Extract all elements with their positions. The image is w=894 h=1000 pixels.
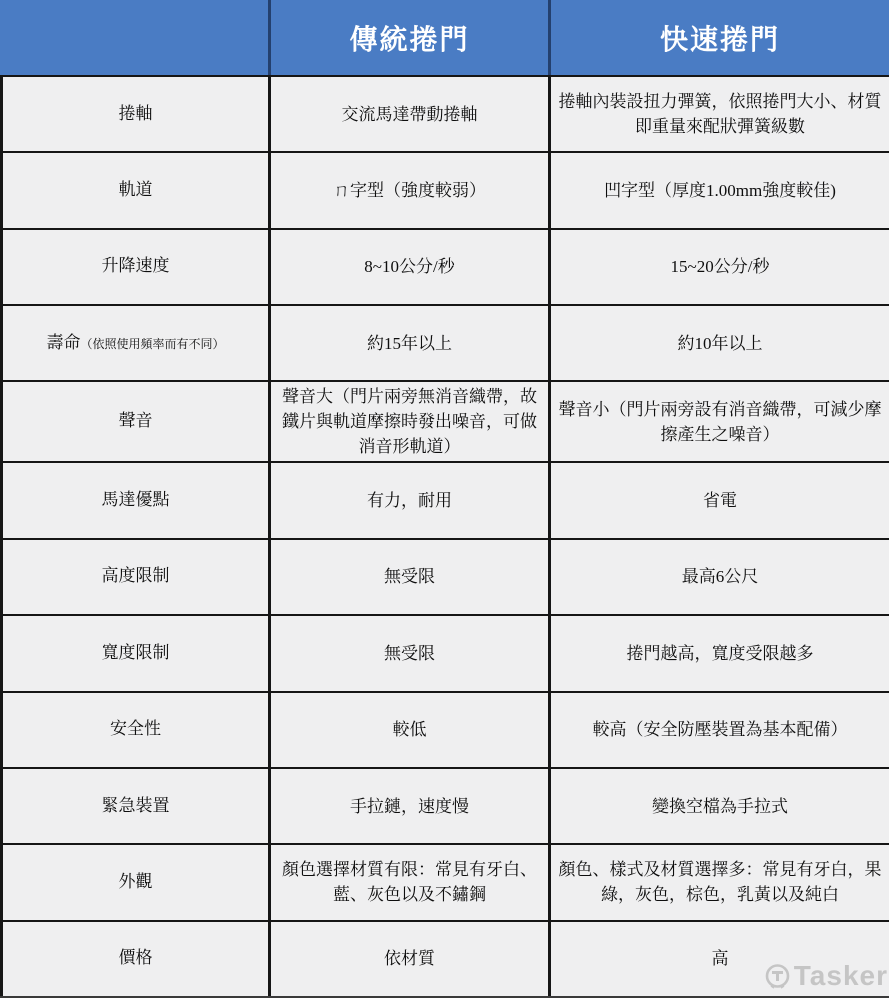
row-label: 升降速度 xyxy=(102,256,170,275)
fast-value-cell: 約10年以上 xyxy=(548,306,889,380)
traditional-value: 聲音大（門片兩旁無消音織帶，故鐵片與軌道摩擦時發出噪音，可做消音形軌道） xyxy=(279,384,540,459)
row-label-cell: 緊急裝置 xyxy=(3,769,268,843)
header-traditional-door: 傳統捲門 xyxy=(268,0,548,75)
row-label: 馬達優點 xyxy=(102,490,170,509)
fast-value-cell: 捲門越高，寬度受限越多 xyxy=(548,616,889,690)
rolling-door-comparison-page: 傳統捲門 快速捲門 捲軸 交流馬達帶動捲軸 捲軸內裝設扭力彈簧，依照捲門大小、材… xyxy=(0,0,894,1000)
row-label-note: （依照使用頻率而有不同） xyxy=(80,337,224,351)
traditional-value: 手拉鏈，速度慢 xyxy=(350,794,469,819)
traditional-value-cell: 較低 xyxy=(268,693,548,767)
traditional-value-cell: 依材質 xyxy=(268,922,548,996)
fast-value-cell: 15~20公分/秒 xyxy=(548,230,889,304)
row-label: 壽命 xyxy=(46,333,80,352)
fast-value-cell: 省電 xyxy=(548,463,889,537)
row-label: 軌道 xyxy=(119,180,153,199)
traditional-value-cell: 8~10公分/秒 xyxy=(268,230,548,304)
row-label-cell: 安全性 xyxy=(3,693,268,767)
fast-value: 聲音小（門片兩旁設有消音織帶，可減少摩擦產生之噪音） xyxy=(557,397,883,447)
fast-value: 約10年以上 xyxy=(678,331,763,356)
row-label-cell: 高度限制 xyxy=(3,540,268,614)
row-label-cell: 軌道 xyxy=(3,153,268,227)
row-label: 高度限制 xyxy=(102,566,170,585)
rolling-door-comparison-table: 傳統捲門 快速捲門 捲軸 交流馬達帶動捲軸 捲軸內裝設扭力彈簧，依照捲門大小、材… xyxy=(0,0,889,998)
fast-value: 15~20公分/秒 xyxy=(671,254,770,279)
table-row: 軌道 ㄇ字型（強度較弱） 凹字型（厚度1.00mm強度較佳) xyxy=(0,151,889,227)
traditional-value-cell: 有力，耐用 xyxy=(268,463,548,537)
table-row: 升降速度 8~10公分/秒 15~20公分/秒 xyxy=(0,228,889,304)
fast-value: 捲軸內裝設扭力彈簧，依照捲門大小、材質即重量來配狀彈簧級數 xyxy=(557,89,883,139)
row-label: 安全性 xyxy=(110,719,161,738)
traditional-value-cell: 手拉鏈，速度慢 xyxy=(268,769,548,843)
row-label-cell: 馬達優點 xyxy=(3,463,268,537)
row-label-cell: 聲音 xyxy=(3,382,268,461)
row-label: 價格 xyxy=(119,948,153,967)
header-fast-door: 快速捲門 xyxy=(548,0,889,75)
fast-value-cell: 變換空檔為手拉式 xyxy=(548,769,889,843)
row-label: 外觀 xyxy=(119,872,153,891)
header-corner-cell xyxy=(0,0,268,75)
traditional-value: 有力，耐用 xyxy=(367,488,452,513)
tasker-watermark-text: Tasker xyxy=(794,960,888,992)
table-row: 聲音 聲音大（門片兩旁無消音織帶，故鐵片與軌道摩擦時發出噪音，可做消音形軌道） … xyxy=(0,380,889,461)
tasker-logo-icon xyxy=(764,963,791,990)
fast-value-cell: 最高6公尺 xyxy=(548,540,889,614)
table-row: 壽命（依照使用頻率而有不同） 約15年以上 約10年以上 xyxy=(0,304,889,380)
fast-value-cell: 捲軸內裝設扭力彈簧，依照捲門大小、材質即重量來配狀彈簧級數 xyxy=(548,77,889,151)
fast-value: 較高（安全防壓裝置為基本配備） xyxy=(593,717,848,742)
traditional-value-cell: 無受限 xyxy=(268,540,548,614)
traditional-value: ㄇ字型（強度較弱） xyxy=(333,178,486,203)
row-label-cell: 寬度限制 xyxy=(3,616,268,690)
tasker-watermark: Tasker xyxy=(764,960,888,992)
table-row: 馬達優點 有力，耐用 省電 xyxy=(0,461,889,537)
traditional-value: 約15年以上 xyxy=(367,331,452,356)
fast-value: 高 xyxy=(712,946,729,971)
traditional-value: 較低 xyxy=(393,717,427,742)
traditional-value-cell: ㄇ字型（強度較弱） xyxy=(268,153,548,227)
traditional-value-cell: 聲音大（門片兩旁無消音織帶，故鐵片與軌道摩擦時發出噪音，可做消音形軌道） xyxy=(268,382,548,461)
fast-value-cell: 凹字型（厚度1.00mm強度較佳) xyxy=(548,153,889,227)
row-label: 寬度限制 xyxy=(102,643,170,662)
traditional-value-cell: 交流馬達帶動捲軸 xyxy=(268,77,548,151)
traditional-value: 顏色選擇材質有限：常見有牙白、藍、灰色以及不鏽鋼 xyxy=(279,857,540,907)
table-row: 捲軸 交流馬達帶動捲軸 捲軸內裝設扭力彈簧，依照捲門大小、材質即重量來配狀彈簧級… xyxy=(0,75,889,151)
table-row: 高度限制 無受限 最高6公尺 xyxy=(0,538,889,614)
row-label-cell: 價格 xyxy=(3,922,268,996)
table-body: 捲軸 交流馬達帶動捲軸 捲軸內裝設扭力彈簧，依照捲門大小、材質即重量來配狀彈簧級… xyxy=(0,75,889,996)
table-row: 安全性 較低 較高（安全防壓裝置為基本配備） xyxy=(0,691,889,767)
fast-value: 捲門越高，寬度受限越多 xyxy=(627,641,814,666)
table-row: 緊急裝置 手拉鏈，速度慢 變換空檔為手拉式 xyxy=(0,767,889,843)
row-label-cell: 捲軸 xyxy=(3,77,268,151)
row-label-cell: 外觀 xyxy=(3,845,268,919)
traditional-value: 無受限 xyxy=(384,641,435,666)
row-label-cell: 升降速度 xyxy=(3,230,268,304)
row-label-cell: 壽命（依照使用頻率而有不同） xyxy=(3,306,268,380)
row-label: 聲音 xyxy=(119,411,153,430)
fast-value: 省電 xyxy=(703,488,737,513)
table-header-row: 傳統捲門 快速捲門 xyxy=(0,0,889,75)
fast-value-cell: 聲音小（門片兩旁設有消音織帶，可減少摩擦產生之噪音） xyxy=(548,382,889,461)
traditional-value-cell: 約15年以上 xyxy=(268,306,548,380)
traditional-value: 依材質 xyxy=(384,946,435,971)
traditional-value-cell: 顏色選擇材質有限：常見有牙白、藍、灰色以及不鏽鋼 xyxy=(268,845,548,919)
table-row: 外觀 顏色選擇材質有限：常見有牙白、藍、灰色以及不鏽鋼 顏色、樣式及材質選擇多：… xyxy=(0,843,889,919)
traditional-value-cell: 無受限 xyxy=(268,616,548,690)
fast-value: 顏色、樣式及材質選擇多：常見有牙白，果綠，灰色，棕色，乳黃以及純白 xyxy=(557,857,883,907)
table-row: 寬度限制 無受限 捲門越高，寬度受限越多 xyxy=(0,614,889,690)
table-row: 價格 依材質 高 xyxy=(0,920,889,996)
fast-value: 變換空檔為手拉式 xyxy=(652,794,788,819)
traditional-value: 無受限 xyxy=(384,564,435,589)
row-label: 捲軸 xyxy=(119,104,153,123)
traditional-value: 交流馬達帶動捲軸 xyxy=(342,102,478,127)
fast-value: 凹字型（厚度1.00mm強度較佳) xyxy=(604,178,836,203)
traditional-value: 8~10公分/秒 xyxy=(364,254,454,279)
fast-value: 最高6公尺 xyxy=(682,564,759,589)
fast-value-cell: 顏色、樣式及材質選擇多：常見有牙白，果綠，灰色，棕色，乳黃以及純白 xyxy=(548,845,889,919)
row-label: 緊急裝置 xyxy=(102,796,170,815)
fast-value-cell: 較高（安全防壓裝置為基本配備） xyxy=(548,693,889,767)
